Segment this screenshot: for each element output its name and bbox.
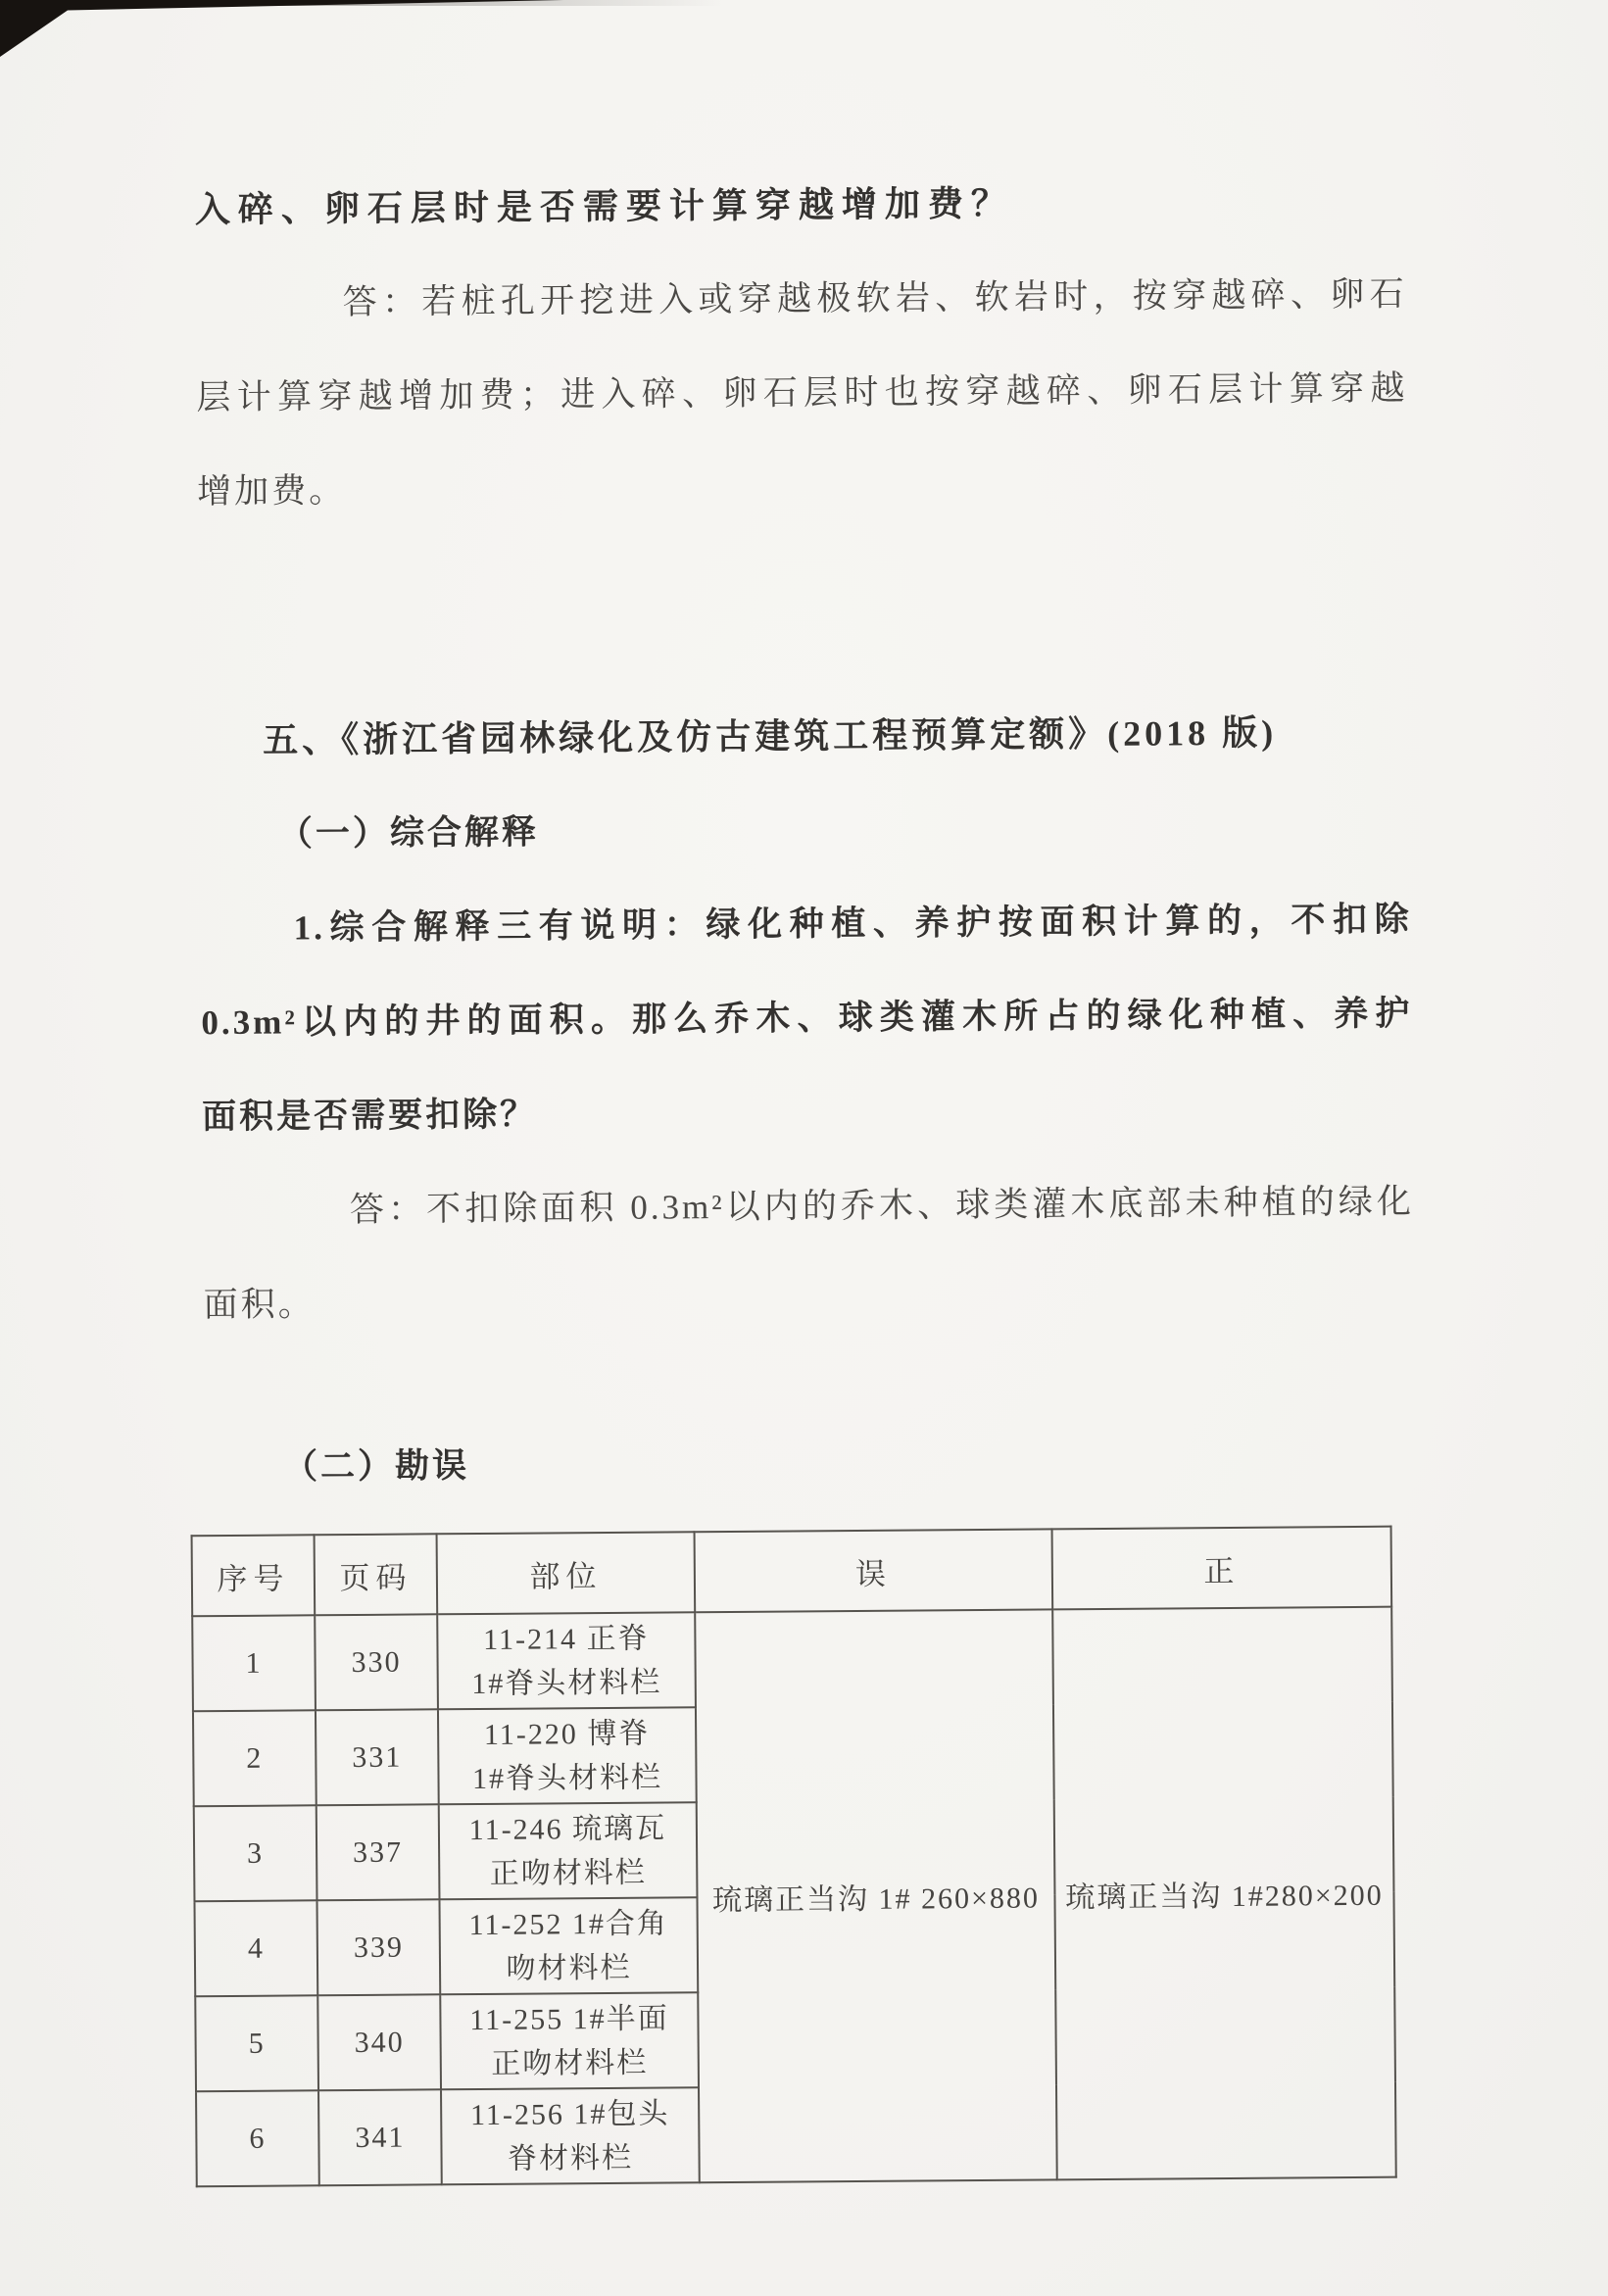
answer1-line-3: 增加费。 bbox=[197, 435, 1409, 539]
header-correct: 正 bbox=[1052, 1527, 1392, 1610]
subsection1-heading: （一）综合解释 bbox=[200, 778, 1412, 882]
question2-line-1: 1.综合解释三有说明：绿化种植、养护按面积计算的，不扣除 bbox=[200, 872, 1412, 976]
header-no: 序号 bbox=[192, 1535, 316, 1616]
question2-line-3: 面积是否需要扣除？ bbox=[202, 1060, 1414, 1164]
document-body: 入碎、卵石层时是否需要计算穿越增加费？ 答：若桩孔开挖进入或穿越极软岩、软岩时，… bbox=[0, 0, 1608, 2189]
cell-no: 1 bbox=[192, 1615, 316, 1711]
cell-page: 331 bbox=[316, 1709, 439, 1805]
scanned-document-page: 入碎、卵石层时是否需要计算穿越增加费？ 答：若桩孔开挖进入或穿越极软岩、软岩时，… bbox=[0, 0, 1608, 2296]
cell-correct-merged: 琉璃正当沟 1#280×200 bbox=[1052, 1607, 1396, 2180]
cell-page: 340 bbox=[317, 1994, 441, 2090]
cell-part: 11-256 1#包头 脊材料栏 bbox=[441, 2087, 700, 2184]
header-part: 部位 bbox=[437, 1532, 696, 1614]
cell-no: 4 bbox=[194, 1900, 317, 1996]
cell-page: 337 bbox=[317, 1804, 440, 1900]
answer2-line-1: 答：不扣除面积 0.3m²以内的乔木、球类灌木底部未种植的绿化 bbox=[203, 1154, 1415, 1258]
answer2-line-2: 面积。 bbox=[203, 1248, 1415, 1352]
cell-part: 11-220 博脊 1#脊头材料栏 bbox=[438, 1707, 697, 1804]
cell-part: 11-246 琉璃瓦 正吻材料栏 bbox=[439, 1802, 698, 1899]
cell-wrong-merged: 琉璃正当沟 1# 260×880 bbox=[695, 1609, 1057, 2182]
errata-table: 序号 页码 部位 误 正 1 330 11-214 正脊 1#脊头材料栏 bbox=[191, 1526, 1397, 2188]
cell-part: 11-255 1#半面 正吻材料栏 bbox=[440, 1992, 699, 2089]
cell-no: 5 bbox=[195, 1995, 318, 2091]
header-page: 页码 bbox=[315, 1534, 438, 1615]
cell-part: 11-252 1#合角 吻材料栏 bbox=[439, 1897, 698, 1994]
cell-no: 3 bbox=[194, 1805, 317, 1901]
subsection2-heading: （二）勘误 bbox=[205, 1411, 1417, 1515]
cell-part: 11-214 正脊 1#脊头材料栏 bbox=[437, 1612, 696, 1709]
cell-no: 2 bbox=[193, 1710, 317, 1806]
answer1-line-1: 答：若桩孔开挖进入或穿越极软岩、软岩时，按穿越碎、卵石 bbox=[195, 248, 1407, 352]
question2-line-2: 0.3m²以内的井的面积。那么乔木、球类灌木所占的绿化种植、养护 bbox=[201, 966, 1413, 1070]
answer1-line-2: 层计算穿越增加费；进入碎、卵石层时也按穿越碎、卵石层计算穿越 bbox=[196, 342, 1408, 446]
question-continuation-line: 入碎、卵石层时是否需要计算穿越增加费？ bbox=[195, 154, 1407, 258]
header-wrong: 误 bbox=[695, 1529, 1053, 1612]
cell-page: 341 bbox=[318, 2089, 442, 2185]
cell-page: 330 bbox=[315, 1614, 438, 1710]
errata-header-row: 序号 页码 部位 误 正 bbox=[192, 1527, 1392, 1617]
cell-no: 6 bbox=[196, 2090, 319, 2186]
page-content-tilt-wrapper: 入碎、卵石层时是否需要计算穿越增加费？ 答：若桩孔开挖进入或穿越极软岩、软岩时，… bbox=[0, 0, 1608, 2296]
table-row: 1 330 11-214 正脊 1#脊头材料栏 琉璃正当沟 1# 260×880… bbox=[192, 1607, 1392, 1712]
cell-page: 339 bbox=[317, 1899, 440, 1995]
section-heading: 五、《浙江省园林绿化及仿古建筑工程预算定额》(2018 版) bbox=[199, 684, 1411, 788]
